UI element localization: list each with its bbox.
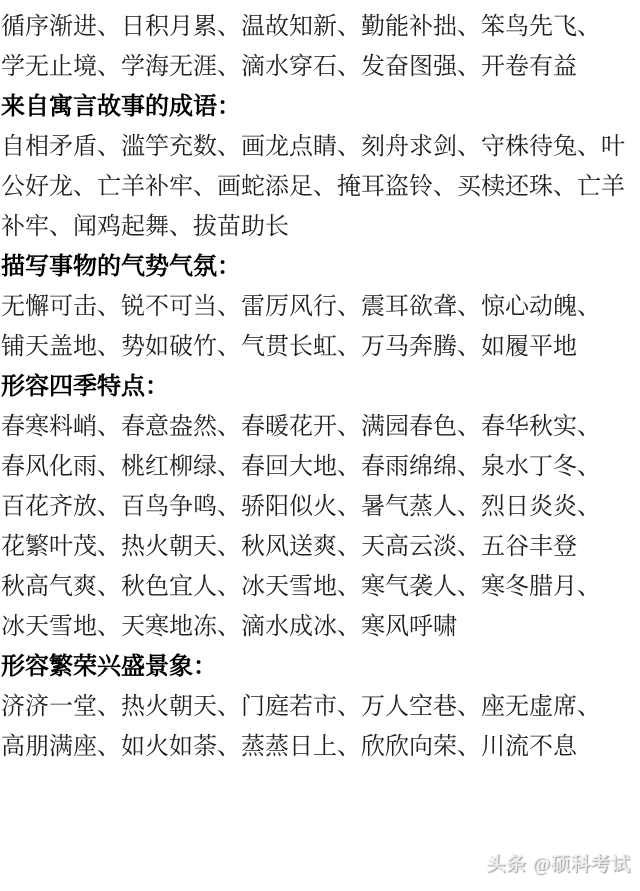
- idiom-line: 公好龙、亡羊补牢、画蛇添足、掩耳盗铃、买椟还珠、亡羊: [1, 167, 640, 207]
- idiom-line: 秋高气爽、秋色宜人、冰天雪地、寒气袭人、寒冬腊月、: [1, 567, 640, 607]
- idiom-line: 循序渐进、日积月累、温故知新、勤能补拙、笨鸟先飞、: [1, 7, 640, 47]
- idiom-line: 学无止境、学海无涯、滴水穿石、发奋图强、开卷有益: [1, 47, 640, 87]
- idiom-line: 铺天盖地、势如破竹、气贯长虹、万马奔腾、如履平地: [1, 327, 640, 367]
- idiom-line: 补牢、闻鸡起舞、拔苗助长: [1, 207, 640, 247]
- section-heading: 形容繁荣兴盛景象：: [1, 647, 640, 687]
- idiom-line: 无懈可击、锐不可当、雷厉风行、震耳欲聋、惊心动魄、: [1, 287, 640, 327]
- idiom-line: 花繁叶茂、热火朝天、秋风送爽、天高云淡、五谷丰登: [1, 527, 640, 567]
- section-heading: 来自寓言故事的成语：: [1, 87, 640, 127]
- idiom-line: 春风化雨、桃红柳绿、春回大地、春雨绵绵、泉水丁冬、: [1, 447, 640, 487]
- idiom-line: 高朋满座、如火如荼、蒸蒸日上、欣欣向荣、川流不息: [1, 727, 640, 767]
- idiom-line: 春寒料峭、春意盎然、春暖花开、满园春色、春华秋实、: [1, 407, 640, 447]
- document-page: 循序渐进、日积月累、温故知新、勤能补拙、笨鸟先飞、学无止境、学海无涯、滴水穿石、…: [0, 0, 640, 767]
- idiom-line: 百花齐放、百鸟争鸣、骄阳似火、暑气蒸人、烈日炎炎、: [1, 487, 640, 527]
- idiom-line: 冰天雪地、天寒地冻、滴水成冰、寒风呼啸: [1, 607, 640, 647]
- toutiao-watermark: 头条 @硕科考试: [487, 849, 631, 876]
- idiom-line: 济济一堂、热火朝天、门庭若市、万人空巷、座无虚席、: [1, 687, 640, 727]
- section-heading: 描写事物的气势气氛：: [1, 247, 640, 287]
- idiom-line: 自相矛盾、滥竽充数、画龙点睛、刻舟求剑、守株待兔、叶: [1, 127, 640, 167]
- section-heading: 形容四季特点：: [1, 367, 640, 407]
